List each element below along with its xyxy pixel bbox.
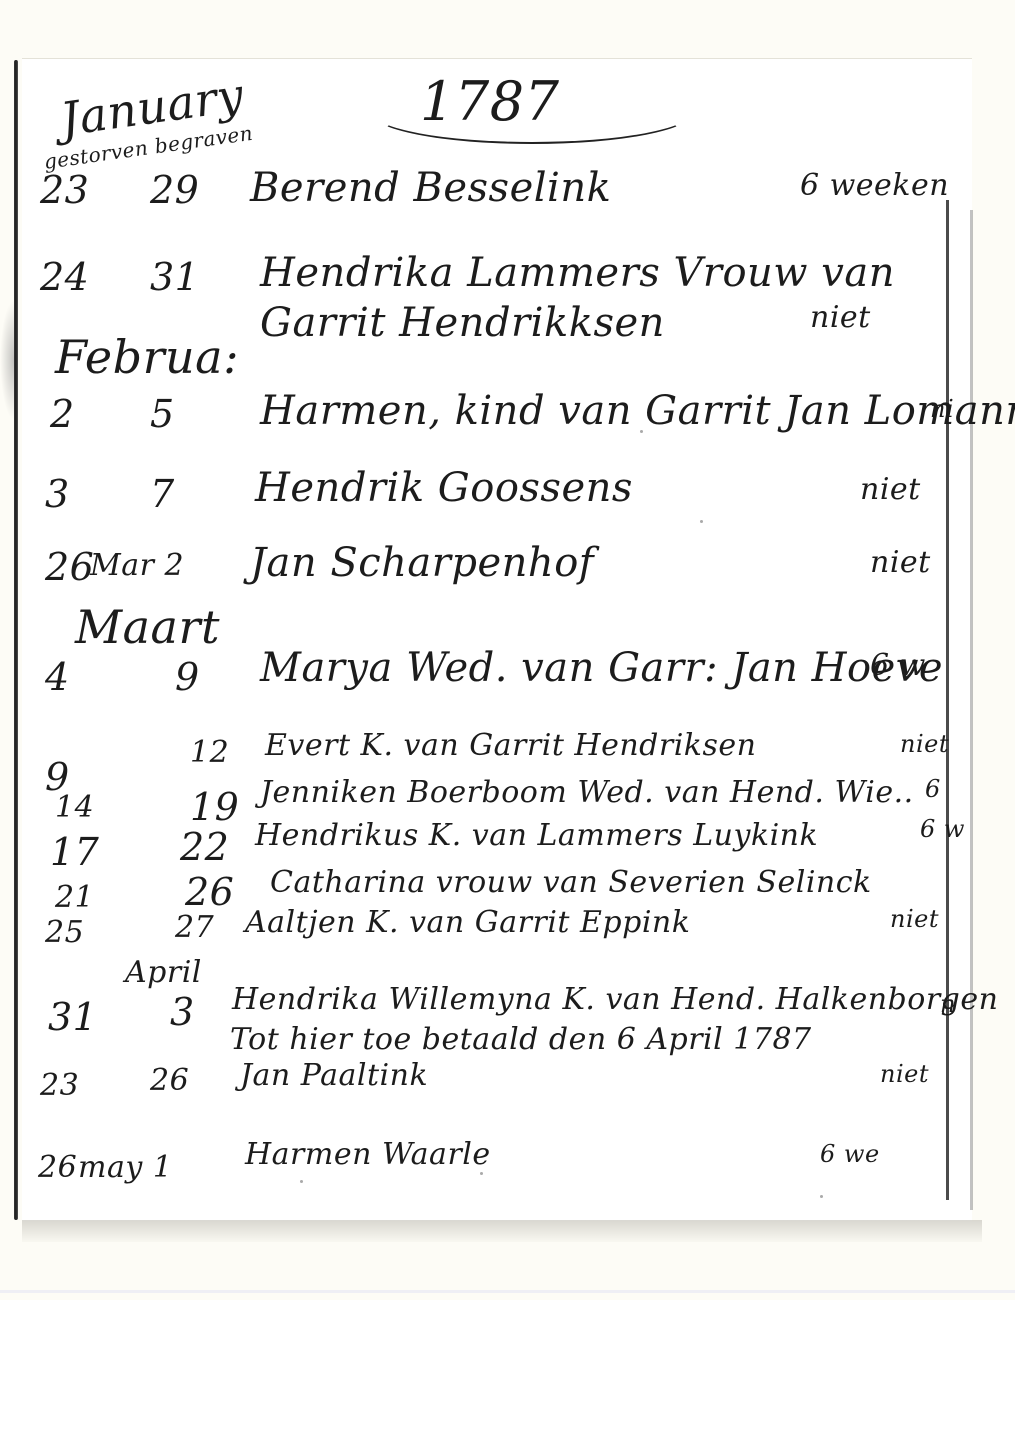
entry-name: Hendrik Goossens xyxy=(255,465,633,511)
entry-died: 23 xyxy=(40,168,89,212)
entry-buried: may 1 xyxy=(78,1150,172,1185)
entry-buried: 3 xyxy=(170,990,195,1034)
entry-name: Jan Paaltink xyxy=(240,1058,428,1093)
ink-speck xyxy=(640,430,643,433)
entry-note: niet xyxy=(890,905,939,933)
entry-note: niet xyxy=(860,472,921,507)
year-flourish xyxy=(370,80,694,144)
entry-name: Hendrikus K. van Lammers Luykink xyxy=(255,818,818,853)
binding-shadow xyxy=(0,300,14,420)
ink-speck xyxy=(700,520,703,523)
entry-name: Jenniken Boerboom Wed. van Hend. Wie.. xyxy=(260,775,914,810)
entry-died: 4 xyxy=(45,655,70,699)
entry-buried: 7 xyxy=(150,472,175,516)
entry-note: n xyxy=(940,990,956,1018)
right-margin-rule-faint xyxy=(970,210,973,1210)
entry-died: 26 xyxy=(45,545,94,589)
entry-name: Hendrika Lammers Vrouw van xyxy=(260,250,895,296)
page-bottom-shadow xyxy=(22,1220,982,1242)
ink-speck xyxy=(480,1172,483,1175)
entry-buried: 31 xyxy=(150,255,199,299)
entry-note: 6 weeken xyxy=(800,168,949,203)
entry-died: 2 xyxy=(50,392,75,436)
entry-name: Jan Scharpenhof xyxy=(250,540,594,586)
entry-buried: 26 xyxy=(150,1063,189,1098)
entry-buried: 19 xyxy=(190,785,239,829)
ink-speck xyxy=(300,1180,303,1183)
entry-buried: 9 xyxy=(175,655,200,699)
entry-buried: 12 xyxy=(190,735,229,770)
entry-died: 24 xyxy=(40,255,89,299)
page-binding-edge xyxy=(14,60,18,1220)
entry-name-line2: Garrit Hendrikksen xyxy=(260,300,665,346)
month-april: April xyxy=(125,955,202,990)
entry-died: 14 xyxy=(55,790,94,825)
entry-note: niet xyxy=(880,1060,929,1088)
entry-died: 3 xyxy=(45,472,70,516)
entry-buried: 5 xyxy=(150,392,175,436)
scan-bottom-line xyxy=(0,1290,1015,1293)
entry-buried: Mar 2 xyxy=(90,548,184,583)
entry-died: 31 xyxy=(48,995,97,1039)
month-february: Februa: xyxy=(55,330,239,384)
entry-died: 26 xyxy=(38,1150,77,1185)
entry-note: 6 we xyxy=(820,1140,880,1168)
entry-name: Harmen, kind van Garrit Jan Lomann xyxy=(260,388,1015,434)
payment-annotation: Tot hier toe betaald den 6 April 1787 xyxy=(230,1022,812,1057)
entry-name: Hendrika Willemyna K. van Hend. Halkenbo… xyxy=(232,982,998,1017)
entry-name: Berend Besselink xyxy=(250,165,611,211)
entry-died: 17 xyxy=(50,830,99,874)
entry-died: 21 xyxy=(55,880,94,915)
entry-note: niet xyxy=(870,545,931,580)
entry-name: Marya Wed. van Garr: Jan Hoeve xyxy=(260,645,943,691)
ink-speck xyxy=(820,1195,823,1198)
right-margin-rule xyxy=(946,200,949,1200)
entry-buried: 27 xyxy=(175,910,214,945)
entry-buried: 29 xyxy=(150,168,199,212)
month-march: Maart xyxy=(75,600,220,654)
entry-buried: 22 xyxy=(180,825,229,869)
entry-note: 6 w xyxy=(920,815,965,843)
entry-died: 23 xyxy=(40,1068,79,1103)
entry-name: Evert K. van Garrit Hendriksen xyxy=(265,728,756,763)
entry-buried: 26 xyxy=(185,870,234,914)
entry-name: Catharina vrouw van Severien Selinck xyxy=(270,865,872,900)
entry-note: 6 xyxy=(925,775,941,803)
entry-note: 6 w xyxy=(870,648,926,683)
entry-name: Harmen Waarle xyxy=(245,1137,491,1172)
entry-name: Aaltjen K. van Garrit Eppink xyxy=(245,905,690,940)
entry-died: 25 xyxy=(45,915,84,950)
entry-note: niet xyxy=(900,730,949,758)
entry-note: niet xyxy=(810,300,871,335)
entry-note: ni xyxy=(930,395,954,423)
